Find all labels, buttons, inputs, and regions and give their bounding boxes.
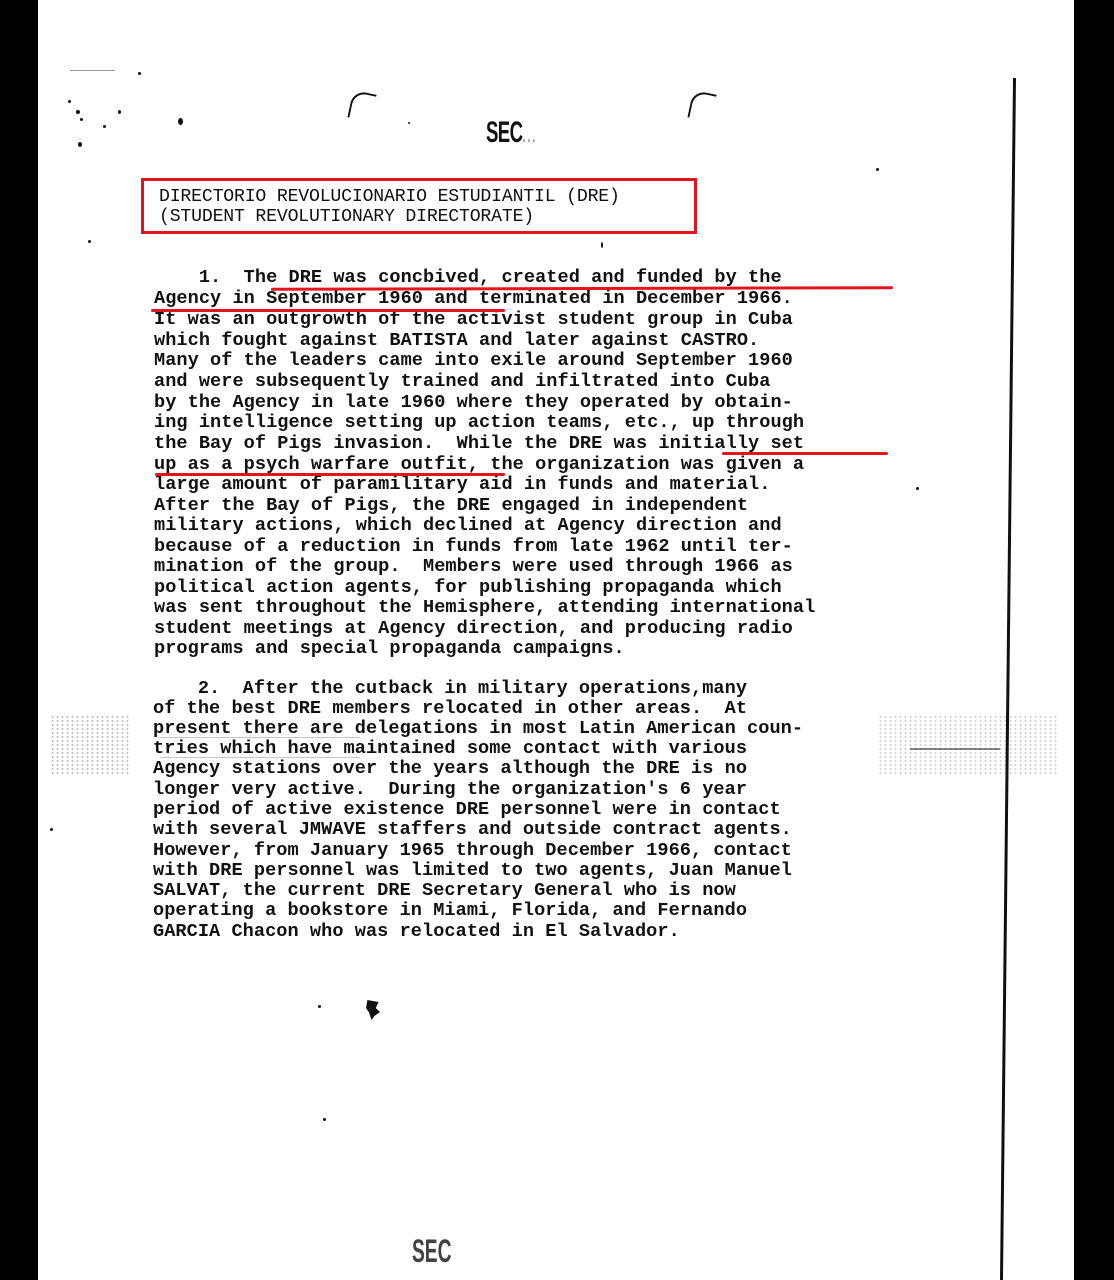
scan-speck: [88, 240, 91, 243]
paragraph-line: present there are delegations in most La…: [153, 719, 803, 739]
document-page: SEC. . . DIRECTORIO REVOLUCIONARIO ESTUD…: [38, 0, 1074, 1280]
paragraph-line: longer very active. During the organizat…: [153, 780, 747, 800]
paragraph-line: ing intelligence setting up action teams…: [154, 413, 804, 433]
scan-speck: [138, 72, 141, 75]
classification-stamp-top: SEC. . .: [486, 116, 535, 150]
paragraph-line: the Bay of Pigs invasion. While the DRE …: [154, 434, 804, 454]
paragraph-line: Many of the leaders came into exile arou…: [154, 351, 793, 371]
paragraph-line: Agency in September 1960 and terminated …: [154, 289, 793, 309]
title-highlight-box: DIRECTORIO REVOLUCIONARIO ESTUDIANTIL (D…: [141, 178, 697, 234]
scan-artifact: [70, 70, 115, 71]
scan-smudge: [878, 715, 1058, 775]
highlight-underline: [155, 473, 505, 476]
paragraph-line: 1. The DRE was concbived, created and fu…: [154, 268, 782, 288]
punch-arc: [687, 90, 716, 122]
scan-speck: [103, 125, 106, 128]
margin-rule: [1000, 78, 1016, 1280]
paragraph-line: However, from January 1965 through Decem…: [153, 841, 792, 861]
paragraph-line: Agency stations over the years although …: [153, 759, 747, 779]
paragraph-line: military actions, which declined at Agen…: [154, 516, 782, 536]
document-subtitle: (STUDENT REVOLUTIONARY DIRECTORATE): [159, 207, 534, 227]
scan-speck: [876, 168, 879, 171]
scan-artifact: [910, 748, 1000, 750]
scan-speck: [318, 1005, 321, 1008]
highlight-underline: [151, 309, 505, 312]
classification-stamp-bottom: SEC: [412, 1233, 451, 1270]
highlight-underline: [722, 452, 888, 455]
paragraph-line: with several JMWAVE staffers and outside…: [153, 820, 792, 840]
scan-speck: [78, 142, 82, 147]
paragraph-line: with DRE personnel was limited to two ag…: [153, 861, 792, 881]
scan-artifact: [160, 757, 360, 758]
paragraph-line: operating a bookstore in Miami, Florida,…: [153, 901, 747, 921]
paragraph-line: period of active existence DRE personnel…: [153, 800, 781, 820]
paragraph-line: was sent throughout the Hemisphere, atte…: [154, 598, 815, 618]
scan-speck: [76, 110, 80, 114]
paragraph-line: by the Agency in late 1960 where they op…: [154, 393, 793, 413]
paragraph-line: GARCIA Chacon who was relocated in El Sa…: [153, 922, 680, 942]
scan-speck: [68, 100, 71, 103]
paragraph-line: up as a psych warfare outfit, the organi…: [154, 455, 804, 475]
paragraph-line: because of a reduction in funds from lat…: [154, 537, 793, 557]
paragraph-line: It was an outgrowth of the activist stud…: [154, 310, 793, 330]
scan-speck: [80, 118, 83, 121]
scan-speck: [178, 118, 183, 125]
scan-speck: [916, 487, 919, 490]
scan-speck: [50, 828, 53, 831]
paragraph-line: After the Bay of Pigs, the DRE engaged i…: [154, 496, 748, 516]
paragraph-line: political action agents, for publishing …: [154, 578, 782, 598]
paragraph-line: tries which have maintained some contact…: [153, 739, 747, 759]
paragraph-line: 2. After the cutback in military operati…: [153, 679, 747, 699]
paragraph-line: which fought against BATISTA and later a…: [154, 331, 759, 351]
punch-arc: [347, 90, 376, 122]
scan-speck: [601, 242, 603, 248]
paragraph-line: mination of the group. Members were used…: [154, 557, 793, 577]
document-title: DIRECTORIO REVOLUCIONARIO ESTUDIANTIL (D…: [159, 187, 620, 207]
ink-blot: [366, 1000, 380, 1020]
scan-speck: [118, 110, 121, 114]
paragraph-line: SALVAT, the current DRE Secretary Genera…: [153, 881, 736, 901]
paragraph-line: student meetings at Agency direction, an…: [154, 619, 793, 639]
paragraph-line: large amount of paramilitary aid in fund…: [154, 475, 770, 495]
scan-smudge: [50, 715, 130, 775]
paragraph-line: and were subsequently trained and infilt…: [154, 372, 770, 392]
scan-speck: [323, 1118, 326, 1121]
paragraph-line: programs and special propaganda campaign…: [154, 639, 625, 659]
scan-speck: [408, 122, 410, 124]
paragraph-line: of the best DRE members relocated in oth…: [153, 699, 747, 719]
scan-artifact: [160, 737, 360, 738]
